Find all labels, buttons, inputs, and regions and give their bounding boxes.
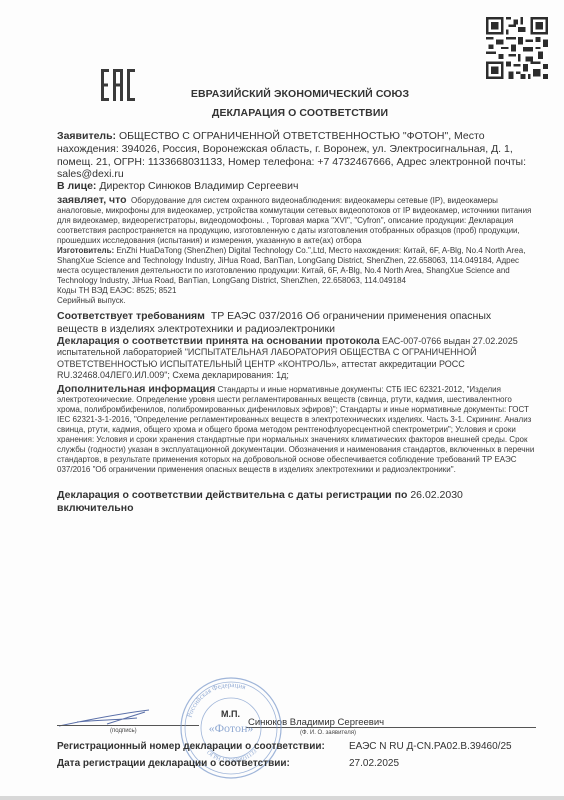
registration-date-label: Дата регистрации декларации о соответств… xyxy=(57,758,290,769)
validity-suffix: включительно xyxy=(57,502,134,514)
registration-number-label: Регистрационный номер декларации о соотв… xyxy=(57,741,325,752)
additional-info-section: Дополнительная информация Стандарты и ин… xyxy=(57,384,535,475)
basis-text: испытательной лабораторией "ИСПЫТАТЕЛЬНА… xyxy=(57,347,477,380)
document-title: ДЕКЛАРАЦИЯ О СООТВЕТСТВИИ xyxy=(150,107,450,119)
signature-caption: (подпись) xyxy=(110,728,137,734)
basis-label: Декларация о соответствии принята на осн… xyxy=(57,335,380,347)
declares-text: Оборудование для систем охранного видеон… xyxy=(57,196,531,245)
stamp-top-text: Российская Федерация xyxy=(185,681,247,718)
represented-by-section: В лице: Директор Синюков Владимир Сергее… xyxy=(57,180,535,193)
additional-info-label: Дополнительная информация xyxy=(57,383,215,395)
applicant-section: Заявитель: ОБЩЕСТВО С ОГРАНИЧЕННОЙ ОТВЕТ… xyxy=(57,130,535,181)
validity-date: 26.02.2030 xyxy=(410,489,463,501)
declaration-page: ЕВРАЗИЙСКИЙ ЭКОНОМИЧЕСКИЙ СОЮЗ ДЕКЛАРАЦИ… xyxy=(0,0,564,796)
name-line xyxy=(246,727,536,728)
applicant-label: Заявитель: xyxy=(57,130,116,142)
validity-section: Декларация о соответствии действительна … xyxy=(57,489,535,515)
svg-text:Российская Федерация: Российская Федерация xyxy=(185,681,247,718)
registration-number-value: ЕАЭС N RU Д-CN.РА02.В.39460/25 xyxy=(349,741,512,752)
union-title: ЕВРАЗИЙСКИЙ ЭКОНОМИЧЕСКИЙ СОЮЗ xyxy=(150,88,450,100)
stamp-center-text: «Фотон» xyxy=(209,721,254,735)
declares-label: заявляет, что xyxy=(57,194,127,206)
basis-section: Декларация о соответствии принята на осн… xyxy=(57,336,535,382)
represented-by-text: Директор Синюков Владимир Сергеевич xyxy=(99,180,298,192)
conforms-section: Соответствует требованиям ТР ЕАЭС 037/20… xyxy=(57,310,535,336)
manufacturer-label: Изготовитель: xyxy=(57,246,114,255)
conforms-label: Соответствует требованиям xyxy=(57,310,205,322)
represented-by-label: В лице: xyxy=(57,180,96,192)
protocol-number: ЕАС-007-0766 выдан 27.02.2025 xyxy=(382,336,518,346)
declares-section: заявляет, что Оборудование для систем ох… xyxy=(57,195,535,306)
hs-codes: Коды ТН ВЭД ЕАЭС: 8525; 8521 xyxy=(57,286,176,295)
name-caption: (Ф. И. О. заявителя) xyxy=(300,730,356,736)
manufacturer-text: EnZhi HuaDaTong (ShenZhen) Digital Techn… xyxy=(57,246,525,285)
release-type: Серийный выпуск. xyxy=(57,296,125,305)
eac-logo-icon xyxy=(100,67,136,103)
applicant-text: ОБЩЕСТВО С ОГРАНИЧЕННОЙ ОТВЕТСТВЕННОСТЬЮ… xyxy=(57,130,526,180)
registration-date-value: 27.02.2025 xyxy=(349,758,399,769)
additional-info-text: Стандарты и иные нормативные документы: … xyxy=(57,385,534,474)
page-bottom-edge xyxy=(0,796,564,800)
validity-label: Декларация о соответствии действительна … xyxy=(57,489,407,501)
qr-code-icon xyxy=(486,15,548,81)
